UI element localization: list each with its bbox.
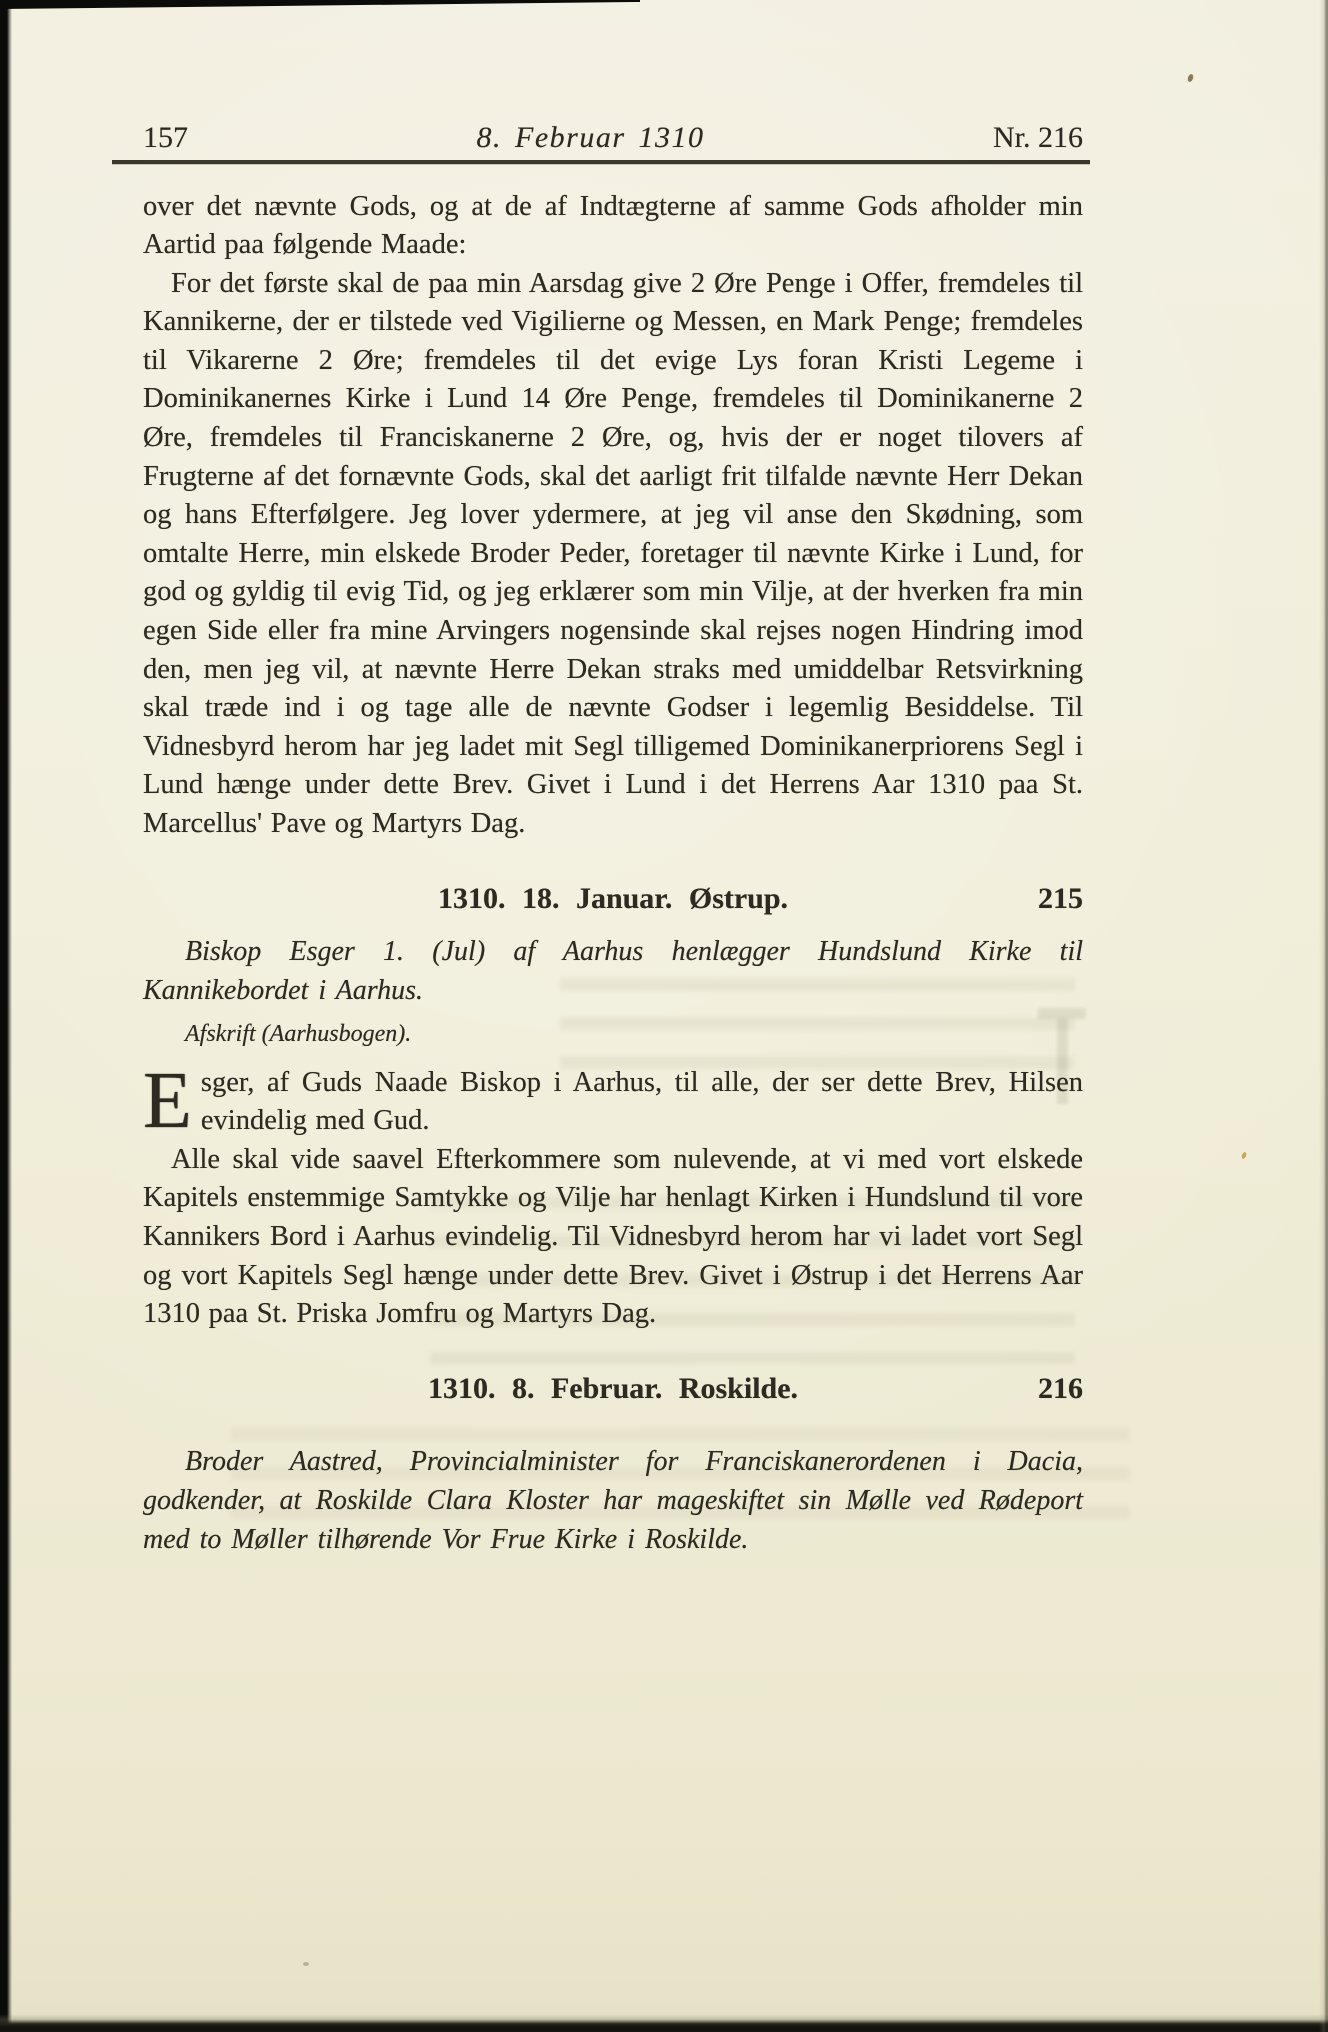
entry-215-body: Alle skal vide saavel Efterkommere som n… (143, 1141, 1083, 1334)
scanned-book-page: 157 8. Februar 1310 Nr. 216 over det næv… (0, 0, 1328, 2032)
entry-216-regest: Broder Aastred, Provincialminister for F… (143, 1442, 1083, 1559)
drop-cap-letter: E (143, 1064, 201, 1133)
running-header: 157 8. Februar 1310 Nr. 216 (143, 122, 1083, 154)
entry-216-heading: 1310. 8. Februar. Roskilde. 216 (143, 1370, 1083, 1408)
paper-speck (1241, 1151, 1248, 1159)
entry-216-number: 216 (1038, 1370, 1083, 1408)
entry-215-source-note: Afskrift (Aarhusbogen). (143, 1019, 1083, 1049)
entry-215-number: 215 (1038, 880, 1083, 918)
paper-speck (1187, 73, 1194, 82)
running-title: 8. Februar 1310 (477, 122, 705, 154)
entry-215: 1310. 18. Januar. Østrup. 215 Biskop Esg… (143, 880, 1083, 1334)
entry-215-salutation-text: sger, af Guds Naade Biskop i Aarhus, til… (201, 1067, 1083, 1137)
scan-edge-left (0, 0, 12, 2032)
text-column: 157 8. Februar 1310 Nr. 216 over det næv… (143, 122, 1083, 1559)
entry-215-heading: 1310. 18. Januar. Østrup. 215 (143, 880, 1083, 918)
entry-215-regest: Biskop Esger 1. (Jul) af Aarhus henlægge… (143, 932, 1083, 1010)
scan-edge-right (1319, 0, 1328, 2032)
running-document-number: Nr. 216 (993, 122, 1083, 154)
entry-216-heading-date: 1310. 8. Februar. Roskilde. (428, 1372, 798, 1405)
scan-edge-bottom (0, 2014, 1328, 2032)
scan-edge-top (0, 0, 640, 9)
entry-215-heading-date: 1310. 18. Januar. Østrup. (438, 882, 788, 915)
entry-216: 1310. 8. Februar. Roskilde. 216 Broder A… (143, 1370, 1083, 1559)
paragraph-continuation: over det nævnte Gods, og at de af Indtæg… (143, 188, 1083, 265)
entry-215-salutation: Esger, af Guds Naade Biskop i Aarhus, ti… (143, 1064, 1083, 1141)
header-rule (112, 160, 1090, 164)
page-number: 157 (143, 122, 188, 154)
paper-speck (303, 1962, 309, 1966)
paragraph-dispositions: For det første skal de paa min Aarsdag g… (143, 265, 1083, 844)
